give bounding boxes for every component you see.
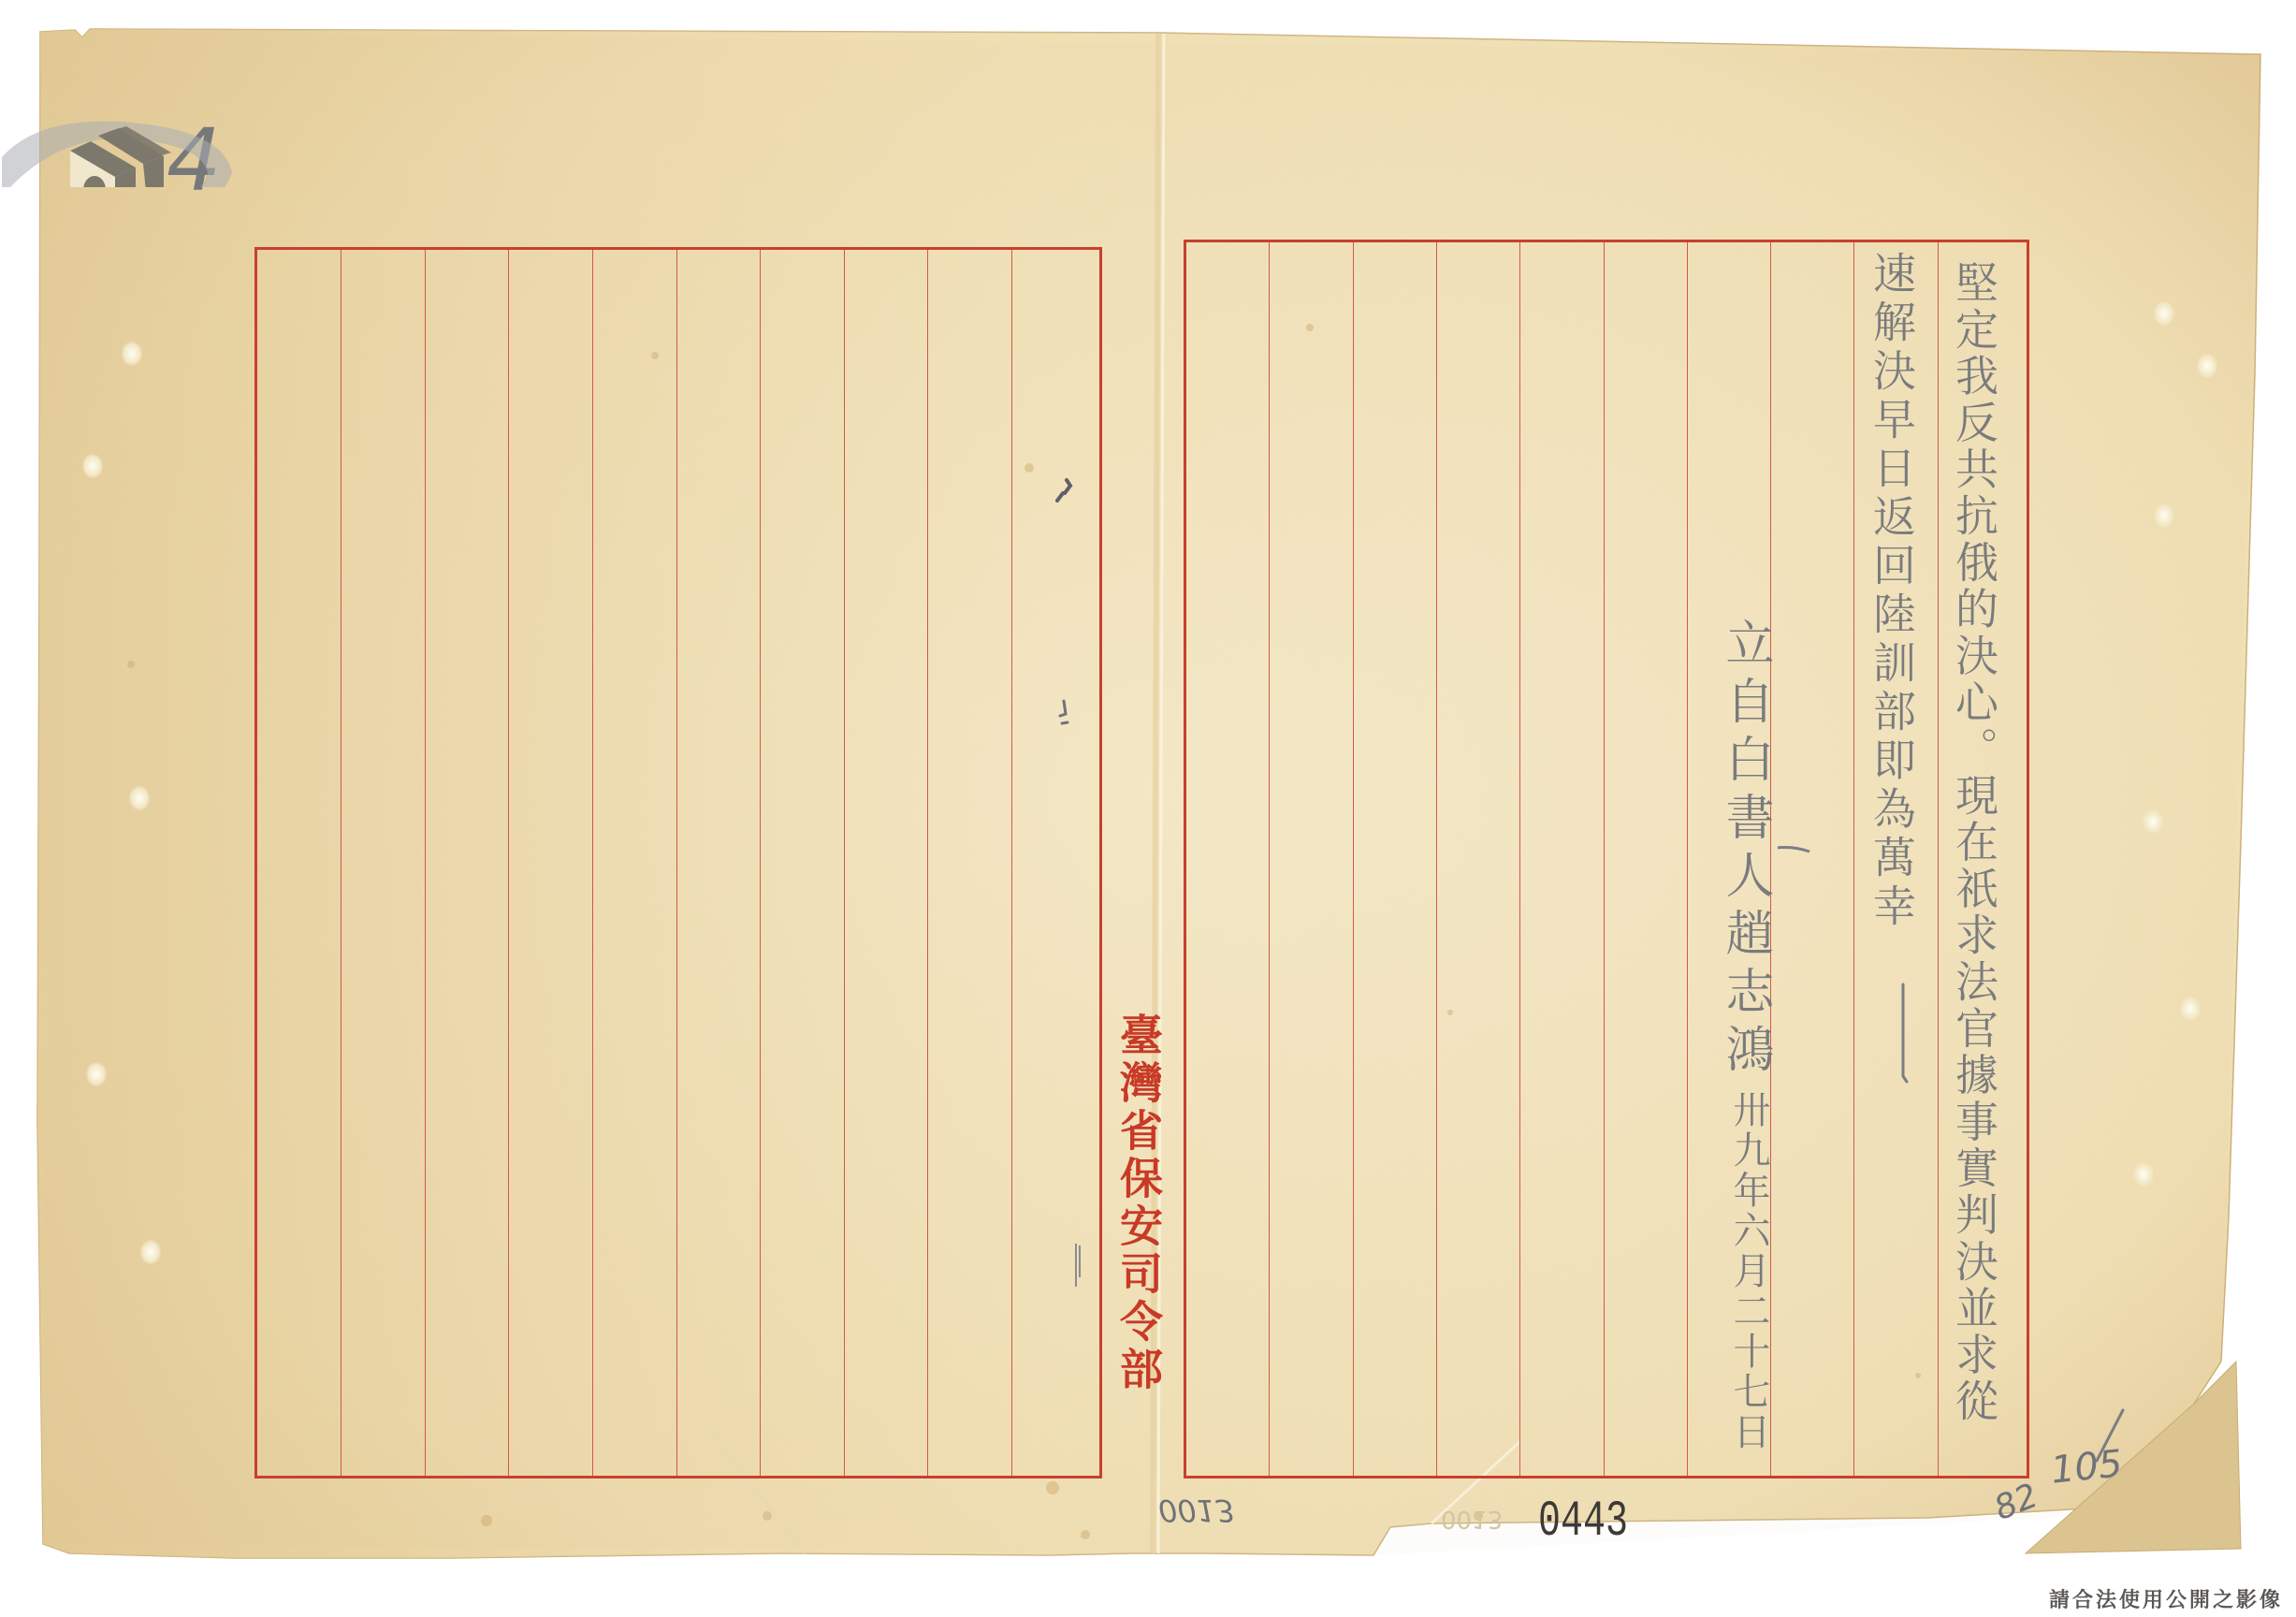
pencil-smudge (1053, 697, 1081, 744)
grid-line (927, 250, 928, 1476)
letterhead-stamp: 臺灣省保安司令部 (1113, 1012, 1164, 1394)
pencil-smudge (1068, 1240, 1087, 1296)
handwritten-line-1: 堅定我反共抗俄的決心。現在祇求法官據事實判決並求從 (1946, 260, 2002, 1425)
binding-hole (2154, 503, 2174, 528)
usage-notice: 請合法使用公開之影像 (2049, 1584, 2283, 1613)
grid-line (1269, 242, 1270, 1476)
binding-hole (140, 1240, 161, 1264)
pencil-stroke (2091, 1408, 2129, 1464)
pencil-smudge (1048, 473, 1085, 529)
grid-line (1604, 242, 1605, 1476)
end-stroke (1894, 983, 1912, 1085)
binding-hole (129, 786, 150, 810)
date-line: 卅九年六月二十七日 (1724, 1090, 1773, 1452)
grid-line (1687, 242, 1688, 1476)
grid-line (425, 250, 426, 1476)
left-ruled-grid (254, 247, 1102, 1479)
grid-line (341, 250, 341, 1476)
pencil-smudge (1776, 844, 1813, 863)
grid-line (844, 250, 845, 1476)
grid-line (508, 250, 509, 1476)
binding-hole (2154, 301, 2174, 326)
grid-line (1353, 242, 1354, 1476)
grid-line (1519, 242, 1520, 1476)
archive-book-keyhole-icon (0, 0, 243, 187)
binding-hole (2197, 354, 2217, 378)
document-scan: 4 臺灣省保安司令部 堅定我反共抗俄的決心。現在祇求法官據事實判決並求從 速 (0, 0, 2296, 1617)
faint-folio-center: 0013 (1441, 1505, 1503, 1533)
grid-line (1011, 250, 1012, 1476)
binding-hole (86, 1062, 107, 1086)
grid-line (676, 250, 677, 1476)
grid-line (760, 250, 761, 1476)
grid-line (592, 250, 593, 1476)
binding-hole (2133, 1162, 2154, 1187)
grid-line (1938, 242, 1939, 1476)
binding-hole (2143, 809, 2163, 834)
handwritten-line-2: 速解決早日返回陸訓部即為萬幸 (1864, 251, 1920, 932)
handwritten-folio-left: 0013 (1158, 1493, 1234, 1528)
serial-number-stamp: 0443 (1538, 1494, 1628, 1551)
binding-hole (82, 454, 103, 478)
signature-line: 立自白書人趙志鴻 (1714, 618, 1776, 1082)
grid-line (1853, 242, 1854, 1476)
binding-hole (122, 342, 142, 366)
binding-hole (2180, 997, 2201, 1021)
grid-line (1436, 242, 1437, 1476)
